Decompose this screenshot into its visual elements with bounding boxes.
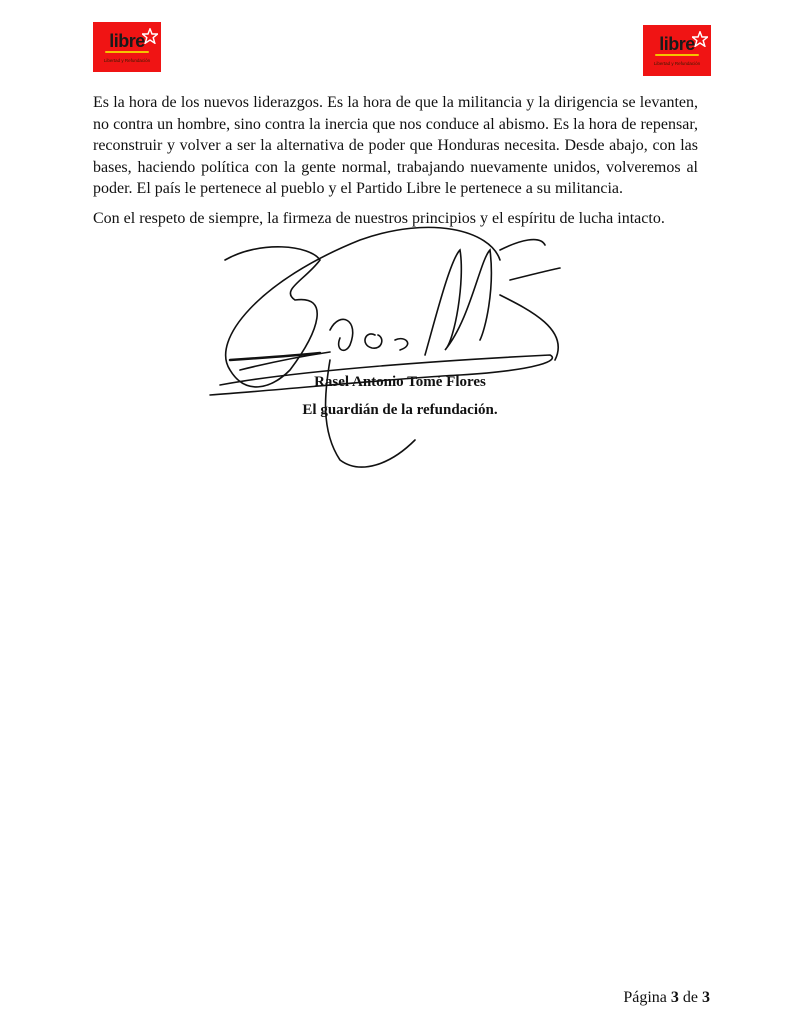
logo-word-text: libre bbox=[109, 31, 145, 51]
logo-subtitle: Libertad y Refundación bbox=[654, 61, 700, 66]
paragraph: Es la hora de los nuevos liderazgos. Es … bbox=[93, 92, 698, 200]
logo-swoosh bbox=[655, 54, 699, 56]
logo-subtitle: Libertad y Refundación bbox=[104, 58, 150, 63]
logo-wordmark: libre bbox=[659, 35, 695, 53]
logo-wordmark: libre bbox=[109, 32, 145, 50]
page-number: Página 3 de 3 bbox=[623, 989, 710, 1007]
signatory-name: Rasel Antonio Tomé Flores bbox=[200, 374, 600, 391]
logo-word-text: libre bbox=[659, 34, 695, 54]
star-icon bbox=[692, 31, 708, 47]
current-page: 3 bbox=[671, 989, 679, 1006]
handwritten-signature bbox=[200, 220, 580, 480]
star-icon bbox=[142, 28, 158, 44]
party-logo-right: libre Libertad y Refundación bbox=[643, 25, 711, 76]
letter-body: Es la hora de los nuevos liderazgos. Es … bbox=[93, 92, 698, 237]
total-pages: 3 bbox=[702, 989, 710, 1006]
signatory-title: El guardián de la refundación. bbox=[200, 402, 600, 419]
page-label: Página bbox=[623, 989, 667, 1006]
page-separator: de bbox=[683, 989, 698, 1006]
logo-swoosh bbox=[105, 51, 149, 53]
party-logo-left: libre Libertad y Refundación bbox=[93, 22, 161, 72]
